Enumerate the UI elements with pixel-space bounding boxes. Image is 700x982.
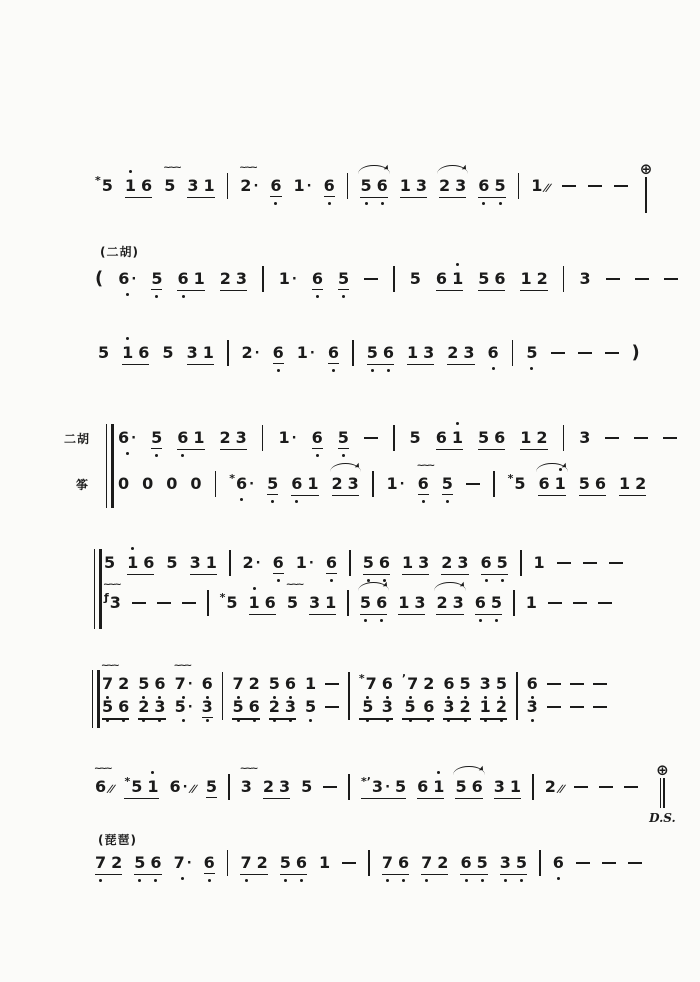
note-group: 12 xyxy=(619,474,646,496)
note: 5 xyxy=(338,428,349,449)
note-group: 65 xyxy=(481,553,508,575)
barline xyxy=(227,340,229,366)
glissando-ornament-icon: * xyxy=(508,472,514,485)
note: 5 xyxy=(405,697,416,717)
octave-dot-low xyxy=(482,202,485,205)
note-digit: 2 xyxy=(220,428,231,447)
tremolo-slash-icon: // xyxy=(187,780,197,800)
note: 5 xyxy=(102,697,113,717)
note: 5 xyxy=(455,777,466,797)
note-group: 23 xyxy=(441,553,468,575)
note-digit: 2 xyxy=(635,474,646,493)
note: 3 xyxy=(443,697,454,717)
note-digit: 3 xyxy=(190,553,201,572)
note: 1 xyxy=(520,269,531,289)
double-stop-column: *75 xyxy=(359,674,377,717)
note-digit: 3 xyxy=(154,697,165,716)
slur-arc-icon xyxy=(330,463,361,472)
note: 5 xyxy=(360,593,371,613)
note-group: 16 xyxy=(122,343,149,365)
note-digit: 2 xyxy=(437,853,448,872)
note-group: 31 xyxy=(187,343,214,365)
note: 2 xyxy=(635,474,646,494)
note-digit: 0 xyxy=(118,474,129,493)
note-digit: 7 xyxy=(366,674,377,693)
barline xyxy=(349,550,351,576)
note: 1 xyxy=(203,343,214,363)
glissando-ornament-icon: * xyxy=(124,775,130,788)
note-digit: 6 xyxy=(494,428,505,447)
octave-dot-low xyxy=(155,454,158,457)
dash-rest xyxy=(576,862,590,864)
note-digit: 6 xyxy=(177,428,188,447)
tremolo-slash-icon: // xyxy=(556,780,566,800)
octave-dot-high xyxy=(129,170,132,173)
double-stop-column: 31 xyxy=(480,674,491,717)
note: 6 xyxy=(475,593,486,613)
note-group: *ʼ3·5 xyxy=(361,777,406,799)
note: 6 xyxy=(481,553,492,573)
note-group: 61 xyxy=(177,428,204,450)
octave-dot-low xyxy=(237,719,240,722)
octave-dot-low xyxy=(253,719,256,722)
note: 3 xyxy=(236,269,247,289)
octave-dot-low xyxy=(446,500,449,503)
dash-rest xyxy=(570,706,584,708)
octave-dot-low xyxy=(122,719,125,722)
dash-rest xyxy=(635,278,649,280)
note-digit: 6 xyxy=(494,269,505,288)
rest-note: 0 xyxy=(118,474,129,494)
note-digit: 1 xyxy=(398,593,409,612)
note: 5 xyxy=(460,674,471,694)
octave-dot-low xyxy=(316,295,319,298)
note: 5 xyxy=(494,176,505,196)
note: 5 xyxy=(491,593,502,613)
note: 5 xyxy=(360,176,371,196)
instrument-label-erhu: 二胡 xyxy=(64,430,90,447)
glissando-upslide-ornament-icon: *ʼ xyxy=(361,775,371,788)
note-group: 56 xyxy=(478,269,505,291)
note: 6 xyxy=(472,777,483,797)
octave-dot-low xyxy=(425,879,428,882)
note-digit: 6 xyxy=(377,176,388,195)
note-digit: 3 xyxy=(382,697,393,716)
octave-dot-low xyxy=(284,879,287,882)
barline xyxy=(215,471,217,497)
note-group: 13 xyxy=(398,593,425,615)
octave-dot-low xyxy=(155,295,158,298)
note-group: 3152 xyxy=(480,674,507,717)
note: 2 xyxy=(423,674,434,694)
note: 1 xyxy=(433,777,444,797)
note-digit: 2 xyxy=(269,697,280,716)
note: 6 xyxy=(460,853,471,873)
double-stop-column: 52 xyxy=(269,674,280,717)
note-digit: 3 xyxy=(463,343,474,362)
note: 6 xyxy=(312,269,323,290)
note: 5· xyxy=(175,697,193,717)
note-group: 16 xyxy=(249,593,276,615)
note: 7 xyxy=(421,853,432,873)
tremolo-mark-icon: ~~~ xyxy=(101,662,118,670)
barline xyxy=(368,850,370,876)
note-digit: 6 xyxy=(436,269,447,288)
note-digit: 6 xyxy=(150,853,161,872)
octave-dot-low xyxy=(208,879,211,882)
octave-dot-low xyxy=(181,454,184,457)
note-digit: 1 xyxy=(510,777,521,796)
note: 7· xyxy=(174,853,192,873)
note: 6 xyxy=(291,474,302,494)
tremolo-mark-icon: ~~~ xyxy=(286,581,303,589)
octave-dot-low xyxy=(530,367,533,370)
note-digit: 6 xyxy=(417,777,428,796)
note: 1 xyxy=(125,176,136,196)
note: 3 xyxy=(463,343,474,363)
dash-rest xyxy=(325,706,339,708)
note: 5 xyxy=(395,777,406,797)
note-digit: 5 xyxy=(477,853,488,872)
dash-rest xyxy=(182,602,196,604)
double-stop-column: ʼ75 xyxy=(402,674,418,717)
augmentation-dot: · xyxy=(188,700,193,715)
note: 3 xyxy=(423,343,434,363)
note-digit: 7 xyxy=(232,674,243,693)
note-digit: 2 xyxy=(441,553,452,572)
system-bracket xyxy=(94,549,102,629)
note-digit: 2 xyxy=(436,593,447,612)
note: 3 xyxy=(527,697,538,717)
barline xyxy=(348,774,350,800)
note: 6 xyxy=(265,593,276,613)
note-digit: 1 xyxy=(194,269,205,288)
note: 2 xyxy=(437,853,448,873)
note: 6 xyxy=(249,697,260,717)
note: 7~~~ xyxy=(102,674,113,694)
note-group: 23 xyxy=(447,343,474,365)
octave-dot-low xyxy=(422,500,425,503)
note-digit: 5 xyxy=(516,853,527,872)
note-group: 56 xyxy=(478,428,505,450)
note-digit: 5 xyxy=(367,343,378,362)
note: 5 xyxy=(267,474,278,495)
note-digit: 7 xyxy=(407,674,418,693)
note: 2 xyxy=(220,428,231,448)
dash-rest xyxy=(578,352,592,354)
octave-dot-low xyxy=(126,452,129,455)
dash-rest xyxy=(157,602,171,604)
note-digit: 7 xyxy=(102,674,113,693)
note: 6 xyxy=(324,176,335,197)
dash-rest xyxy=(466,483,480,485)
coda-icon: ⊕ xyxy=(640,162,653,176)
note: 6//~~~ xyxy=(95,777,113,797)
note: 5 xyxy=(367,343,378,363)
note-digit: 3 xyxy=(457,553,468,572)
note: 2 xyxy=(257,853,268,873)
note-digit: 6 xyxy=(154,674,165,693)
octave-dot-low xyxy=(138,879,141,882)
note-digit: 5 xyxy=(405,697,416,716)
dash-rest xyxy=(605,437,619,439)
note-group: 56 xyxy=(455,777,482,799)
octave-dot-low xyxy=(386,719,389,722)
barline xyxy=(512,340,514,366)
note: 2 xyxy=(496,697,507,717)
note-digit: 6 xyxy=(475,593,486,612)
note: 5 xyxy=(338,269,349,290)
note: 5 xyxy=(442,474,453,495)
dash-rest xyxy=(602,862,616,864)
note-digit: 2 xyxy=(249,674,260,693)
note-digit: 1 xyxy=(296,553,307,572)
note-group: 31 xyxy=(309,593,336,615)
octave-dot-low xyxy=(240,498,243,501)
tremolo-slash-icon: // xyxy=(542,179,552,199)
barline xyxy=(229,550,231,576)
augmentation-dot: · xyxy=(131,431,136,446)
note: 5 xyxy=(363,553,374,573)
note-digit: 5 xyxy=(395,777,406,796)
dash-rest xyxy=(364,437,378,439)
glissando-ornament-icon: * xyxy=(95,174,101,187)
staff-line-4-erhu: 6·561231·6556156123 xyxy=(118,428,677,451)
note-digit: 7 xyxy=(175,674,186,693)
note-digit: 5 xyxy=(104,553,115,572)
note-digit: 2 xyxy=(242,343,253,362)
dash-rest xyxy=(593,683,607,685)
note-digit: 5 xyxy=(338,269,349,288)
dash-rest xyxy=(664,278,678,280)
note: 6 xyxy=(328,343,339,364)
note-digit: 6 xyxy=(328,343,339,362)
note-digit: 5 xyxy=(494,176,505,195)
note: *5 xyxy=(124,777,142,797)
note: 2 xyxy=(111,853,122,873)
slur-arc-icon xyxy=(453,766,484,775)
octave-dot-high xyxy=(456,422,459,425)
note-digit: 1 xyxy=(249,593,260,612)
octave-dot-low xyxy=(277,579,280,582)
note-digit: 6 xyxy=(382,674,393,693)
note-digit: 1 xyxy=(402,553,413,572)
note: 2 xyxy=(436,593,447,613)
note: 1 xyxy=(127,553,138,573)
note-digit: 1 xyxy=(203,176,214,195)
note: *6· xyxy=(229,474,254,494)
note: 3 xyxy=(579,428,590,448)
note: 3 xyxy=(382,697,393,717)
note-digit: 6 xyxy=(460,853,471,872)
note-digit: 6 xyxy=(265,593,276,612)
octave-dot-low xyxy=(495,619,498,622)
note-digit: 5 xyxy=(497,553,508,572)
note-group: 6352 xyxy=(443,674,470,717)
note-digit: 3 xyxy=(236,428,247,447)
barline xyxy=(262,425,264,451)
note-group: 56 xyxy=(360,593,387,615)
note: 2 xyxy=(332,474,343,494)
note-digit: 6 xyxy=(418,474,429,493)
tremolo-slash-icon: // xyxy=(106,780,116,800)
note-digit: 3 xyxy=(236,269,247,288)
note: 1 xyxy=(398,593,409,613)
note-group: 31 xyxy=(190,553,217,575)
note: 3 xyxy=(418,553,429,573)
note-group: 7~~~526 xyxy=(102,674,129,717)
dash-rest xyxy=(598,602,612,604)
note: 5 xyxy=(151,428,162,449)
barline xyxy=(493,471,495,497)
note-digit: 5 xyxy=(491,593,502,612)
note: 3 xyxy=(187,176,198,196)
note: 6 xyxy=(376,593,387,613)
note: 6· xyxy=(118,269,136,289)
note-digit: 5 xyxy=(151,428,162,447)
note: 3 xyxy=(494,777,505,797)
note-digit: 2 xyxy=(439,176,450,195)
note-digit: 1 xyxy=(433,777,444,796)
augmentation-dot: · xyxy=(310,346,315,361)
octave-dot-high xyxy=(126,337,129,340)
note: 6 xyxy=(177,428,188,448)
double-stop-column: 7~~~5 xyxy=(102,674,113,717)
note: 1· xyxy=(296,553,314,573)
staff-line-3: 5165312·61·656132365) xyxy=(98,343,640,366)
note-digit: 6 xyxy=(376,593,387,612)
octave-dot-low xyxy=(485,579,488,582)
note: 2 xyxy=(460,697,471,717)
note-group: 23 xyxy=(220,269,247,291)
barline xyxy=(347,173,349,199)
note: 2 xyxy=(269,697,280,717)
note-digit: 5 xyxy=(305,697,316,716)
augmentation-dot: · xyxy=(307,179,312,194)
note-digit: 6 xyxy=(553,853,564,872)
octave-dot-low xyxy=(342,454,345,457)
note-digit: 6 xyxy=(273,553,284,572)
note-digit: 5 xyxy=(164,176,175,195)
rest-note: 0 xyxy=(190,474,201,494)
note-digit: 1 xyxy=(325,593,336,612)
note-digit: 5 xyxy=(226,593,237,612)
octave-dot-low xyxy=(479,619,482,622)
parenthesis: ) xyxy=(632,343,640,363)
note-group: ʼ7526 xyxy=(402,674,434,717)
note-digit: 2 xyxy=(240,176,251,195)
dash-rest xyxy=(624,786,638,788)
note: 1 xyxy=(147,777,158,797)
note: 1 xyxy=(534,553,545,573)
note: 6 xyxy=(202,674,213,694)
note-digit: 1 xyxy=(452,269,463,288)
note-digit: 1 xyxy=(319,853,330,872)
note: 5 xyxy=(478,428,489,448)
note-digit: 5 xyxy=(455,777,466,796)
note-digit: 5 xyxy=(232,697,243,716)
note-digit: 5 xyxy=(363,553,374,572)
note-digit: 6 xyxy=(270,176,281,195)
note-digit: 3 xyxy=(416,176,427,195)
barline xyxy=(563,266,565,292)
note-digit: 7 xyxy=(174,853,185,872)
octave-dot-high xyxy=(456,263,459,266)
rest-note: 0 xyxy=(142,474,153,494)
octave-dot-low xyxy=(182,719,185,722)
note-digit: 6 xyxy=(312,428,323,447)
note-digit: 6 xyxy=(527,674,538,693)
note-digit: 5 xyxy=(175,697,186,716)
note-digit: 3 xyxy=(527,697,538,716)
augmentation-dot: · xyxy=(249,477,254,492)
note-digit: 6 xyxy=(118,697,129,716)
barline xyxy=(227,173,229,199)
note-digit: 2 xyxy=(138,697,149,716)
note: 5 xyxy=(134,853,145,873)
note-digit: 1 xyxy=(480,697,491,716)
note-digit: 2 xyxy=(263,777,274,796)
double-stop-column xyxy=(547,674,561,717)
note-group: 56 xyxy=(367,343,394,365)
note: *ʼ3· xyxy=(361,777,390,797)
note-digit: 3 xyxy=(348,474,359,493)
barline xyxy=(347,590,349,616)
note: 3 xyxy=(455,176,466,196)
note-group: 23 xyxy=(436,593,463,615)
note: 6~~~ xyxy=(418,474,429,495)
note-digit: 5 xyxy=(134,853,145,872)
double-stop-column: 26 xyxy=(118,674,129,717)
note: 5 xyxy=(151,269,162,290)
note: 5 xyxy=(410,428,421,448)
note-digit: 6 xyxy=(398,853,409,872)
augmentation-dot: · xyxy=(255,346,260,361)
barline xyxy=(645,177,647,213)
instrument-label-pipa-paren: (琵琶) xyxy=(98,831,137,848)
note-digit: 1 xyxy=(307,474,318,493)
note: *5 xyxy=(95,176,113,196)
coda-icon: ⊕ xyxy=(656,763,669,777)
note: 1 xyxy=(249,593,260,613)
note-group: 31 xyxy=(187,176,214,198)
note-digit: 5 xyxy=(102,697,113,716)
note-digit: 6 xyxy=(312,269,323,288)
octave-dot-low xyxy=(126,293,129,296)
note: 2 xyxy=(447,343,458,363)
glissando-ornament-icon: * xyxy=(229,472,235,485)
note-group: 56 xyxy=(579,474,606,496)
barline xyxy=(372,471,374,497)
octave-dot-low xyxy=(504,879,507,882)
note: 6 xyxy=(296,853,307,873)
note: 1· xyxy=(387,474,405,494)
note-group: 72 xyxy=(240,853,267,875)
note: 6 xyxy=(436,428,447,448)
note-digit: 6 xyxy=(481,553,492,572)
note: 7 xyxy=(382,853,393,873)
staff-line-5-zheng: 0000*6·561231·6~~~5*5615612 xyxy=(118,474,646,497)
note: 3~~~ xyxy=(241,777,252,797)
note-digit: 6 xyxy=(177,269,188,288)
note: 2 xyxy=(439,176,450,196)
augmentation-dot: · xyxy=(183,780,188,795)
note: 3 xyxy=(457,553,468,573)
note-digit: 3 xyxy=(414,593,425,612)
note: 3 xyxy=(236,428,247,448)
staff-line-2-erhu-intro: (6·561231·6556156123 xyxy=(95,269,678,292)
octave-dot-low xyxy=(158,719,161,722)
